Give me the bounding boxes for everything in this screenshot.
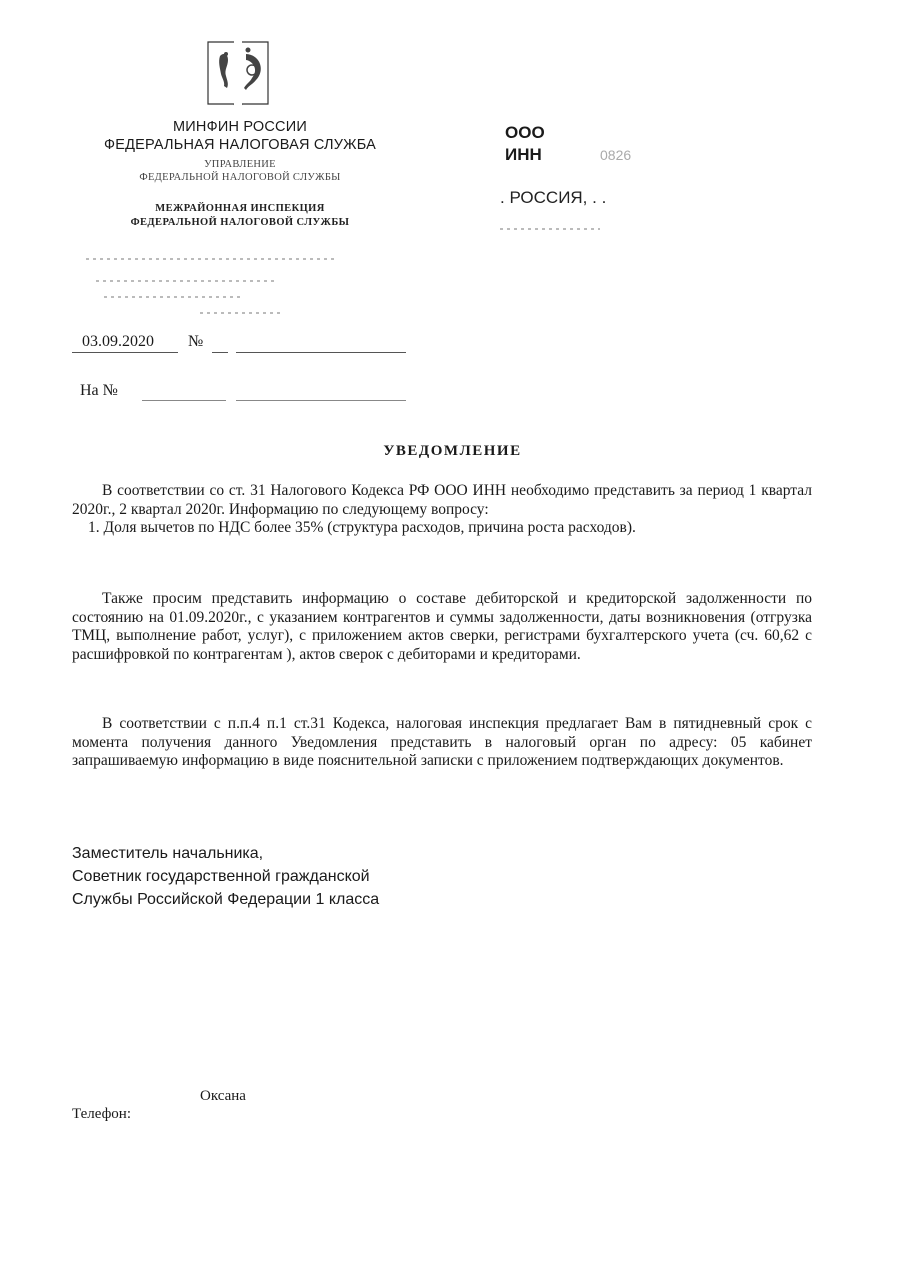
list-item-vat-deductions: 1. Доля вычетов по НДС более 35% (структ… <box>72 519 812 538</box>
department-line-1: УПРАВЛЕНИЕ <box>90 158 390 171</box>
recipient-inn-label: ИНН <box>505 144 545 166</box>
paragraph-text: Также просим представить информацию о со… <box>72 590 812 664</box>
reply-to-label: На № <box>80 382 118 400</box>
document-title: УВЕДОМЛЕНИЕ <box>0 443 905 460</box>
recipient-address: . РОССИЯ, . . <box>500 188 606 208</box>
ministry-name: МИНФИН РОССИИ <box>90 118 390 136</box>
paragraph-deadline: В соответствии с п.п.4 п.1 ст.31 Кодекса… <box>72 715 812 771</box>
paragraph-request: В соответствии со ст. 31 Налогового Коде… <box>72 482 812 538</box>
redacted-address-line <box>86 258 336 260</box>
recipient-block: ООО ИНН <box>505 122 545 166</box>
executor-name: Оксана <box>200 1088 246 1105</box>
inspection-line-2: ФЕДЕРАЛЬНОЙ НАЛОГОВОЙ СЛУЖБЫ <box>90 216 390 230</box>
document-date: 03.09.2020 <box>82 333 154 351</box>
reply-underline <box>142 400 226 401</box>
signature-block: Заместитель начальника, Советник государ… <box>72 842 379 911</box>
inspection-line-1: МЕЖРАЙОННАЯ ИНСПЕКЦИЯ <box>90 202 390 216</box>
redacted-address-line <box>104 296 244 298</box>
paragraph-text: В соответствии со ст. 31 Налогового Коде… <box>72 482 812 519</box>
number-underline <box>236 352 406 353</box>
recipient-inn-value: 0826 <box>600 147 631 163</box>
reply-underline <box>236 400 406 401</box>
signer-rank-line-2: Службы Российской Федерации 1 класса <box>72 888 379 911</box>
signer-rank-line-1: Советник государственной гражданской <box>72 865 379 888</box>
redacted-address-line <box>200 312 280 314</box>
paragraph-receivables: Также просим представить информацию о со… <box>72 590 812 664</box>
date-underline <box>72 352 178 353</box>
service-name: ФЕДЕРАЛЬНАЯ НАЛОГОВАЯ СЛУЖБА <box>90 136 390 154</box>
redacted-address-line <box>500 228 600 230</box>
redacted-address-line <box>96 280 276 282</box>
number-label: № <box>188 333 203 351</box>
russian-coat-of-arms-icon <box>206 40 270 112</box>
issuer-header: МИНФИН РОССИИ ФЕДЕРАЛЬНАЯ НАЛОГОВАЯ СЛУЖ… <box>90 118 390 230</box>
department-line-2: ФЕДЕРАЛЬНОЙ НАЛОГОВОЙ СЛУЖБЫ <box>90 171 390 184</box>
recipient-org-label: ООО <box>505 122 545 144</box>
paragraph-text: В соответствии с п.п.4 п.1 ст.31 Кодекса… <box>72 715 812 771</box>
phone-label: Телефон: <box>72 1106 131 1123</box>
number-underline <box>212 352 228 353</box>
signer-position: Заместитель начальника, <box>72 842 379 865</box>
